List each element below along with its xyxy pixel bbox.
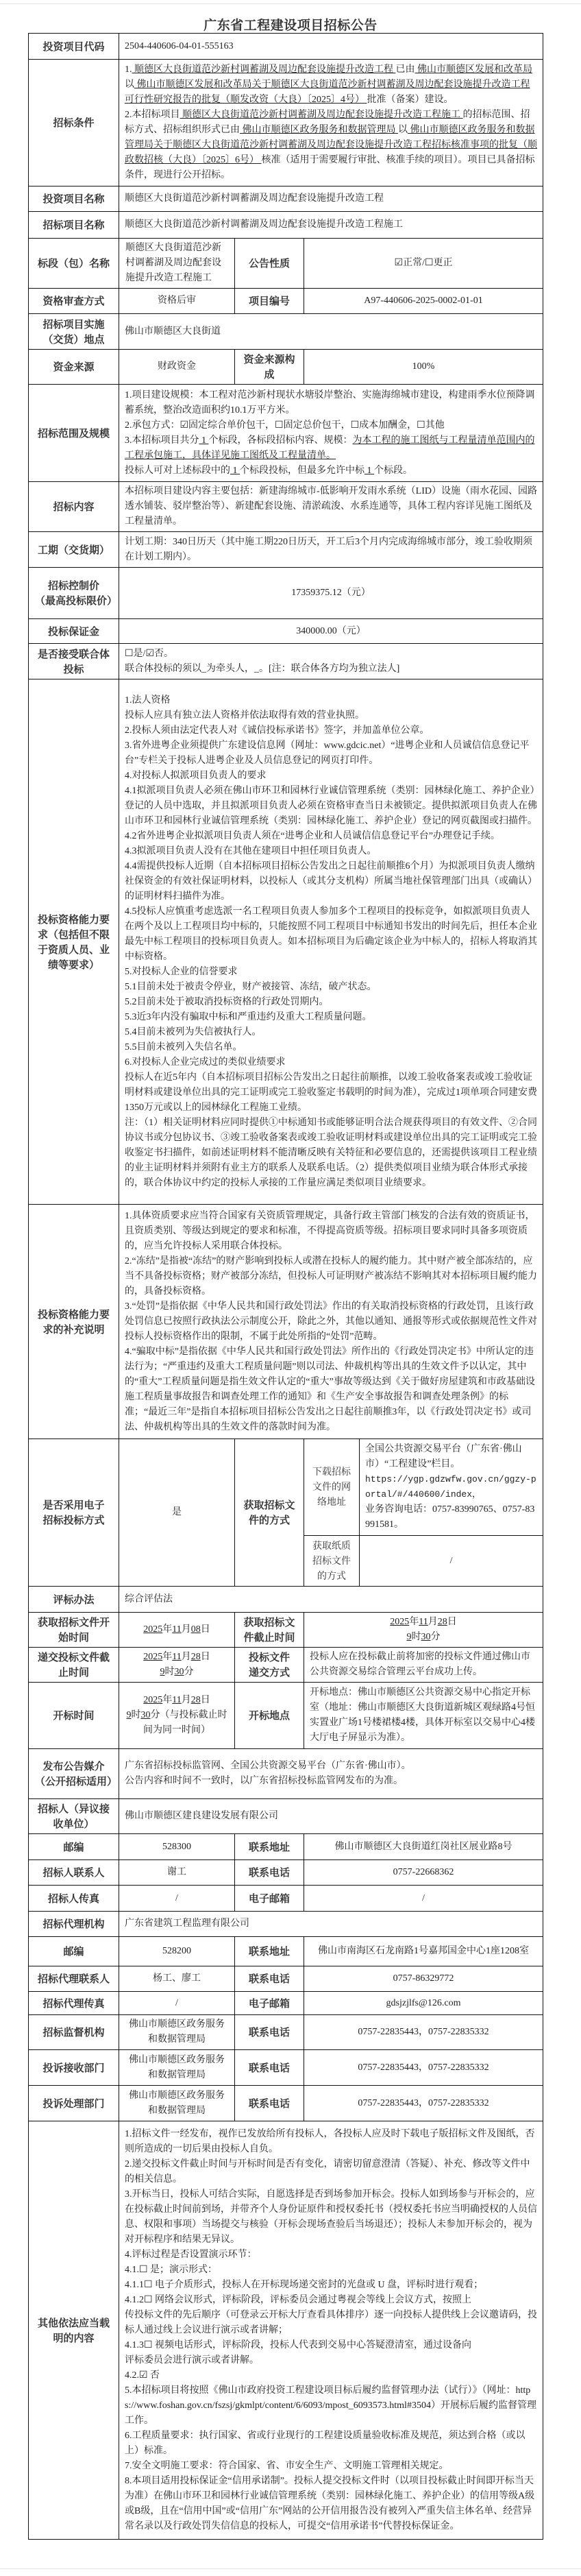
value-agency-postcode: 528200 [119, 1937, 235, 1966]
label-line: （公开招标适用） [35, 1774, 112, 1789]
minute: 30 [175, 1667, 184, 1677]
label-investment-code: 投资项目代码 [29, 34, 119, 60]
value-tenderer-address: 佛山市顺德区大良街道红岗社区展业路8号 [304, 1834, 543, 1860]
day: 08 [191, 1624, 201, 1635]
value-qualification: 1.法人资格 投标人应具有独立法人资格并依法取得有效的营业执照。 2.投标人须由… [119, 679, 543, 1205]
value-project-name: 顺德区大良街道范沙新村调蓄湖及周边配套设施提升改造工程施工 [119, 212, 543, 239]
row-bid-conditions: 招标条件 1. 顺德区大良街道范沙新村调蓄湖及周边配套设施提升改造工程 已由 佛… [29, 60, 543, 186]
year: 2025 [143, 1695, 162, 1705]
date-line: 2025年11月28日 [125, 1693, 229, 1708]
value-control-price: 17359375.12（元） [119, 568, 543, 619]
value-tenderer-phone: 0757-22668362 [304, 1860, 543, 1886]
label-qualification: 投标资格能力要求（包括但不限于资质人员、业绩等要求） [29, 679, 119, 1205]
scope-line-2: 2.承包方式：☑固定综合单价包干，☐固定总价包干，☐成本加酬金，☐其他 [125, 418, 537, 433]
qualification-item: 5.2目前未处于被取消投标资格的行政处罚期内。 [125, 995, 537, 1010]
unit: 年 [162, 1624, 172, 1635]
label-line: （最高投标限价） [35, 593, 112, 608]
value-complaint-handle-phone: 0757-22835443，0757-22835332 [304, 2086, 543, 2121]
text: 3.本招标项目共分 [125, 435, 199, 446]
text: 以 [125, 80, 134, 90]
other-item: 4.2.☑ 否 [125, 2368, 537, 2383]
supplement-item: 2.“冻结”是指被“冻结”的财产影响到投标人或潜在投标人的履约能力。其中财产被全… [125, 1254, 537, 1299]
label-submit-deadline: 递交投标文件截止时间 [29, 1648, 119, 1683]
value-opening-place: 开标地点：佛山市顺德区公共资源交易中心指定开标室（地址：佛山市顺德区大良街道新城… [304, 1683, 543, 1749]
row-opening: 开标时间 2025年11月28日 9时30分（与投标截止时间为同一时间） 开标地… [29, 1683, 543, 1749]
year: 2025 [390, 1617, 409, 1627]
media-note: 公告内容和时间不一致时，以广东省招标投标监管网发布的为准。 [125, 1774, 537, 1789]
row-tenderer: 招标人（异议接收单位） 佛山市顺德区建良建设发展有限公司 [29, 1799, 543, 1834]
label-line: 投标文件 [241, 1650, 297, 1665]
bid-segment-count: 1 [230, 466, 240, 476]
month: 11 [172, 1695, 181, 1705]
label-investment-name: 投资项目名称 [29, 186, 119, 212]
value-doc-start: 2025年11月08日 [119, 1613, 235, 1648]
label-complaint-handle: 投诉处理部门 [29, 2086, 119, 2121]
row-investment-name: 投资项目名称 顺德区大良街道范沙新村调蓄湖及周边配套设施提升改造工程 [29, 186, 543, 212]
unit: 分 [184, 1667, 194, 1677]
label-other: 其他依法应当载明的内容 [29, 2121, 119, 2540]
text: 已由 [396, 64, 415, 75]
other-item: 4.1.☐ 是；演示形式： [125, 2263, 537, 2278]
value-download-address: 全国公共资源交易平台（广东省·佛山市）“工程建设”栏目。 https://ygp… [360, 1439, 543, 1536]
label-line: 招标控制价 [35, 578, 112, 593]
qualification-item: 4.2省外进粤企业拟派项目负责人须在“进粤企业和人员诚信信息登记平台”办理登记手… [125, 829, 537, 844]
row-agency-fax: 招标代理传真 / 电子邮箱 gdsjzjlfs@126.com [29, 1992, 543, 2015]
unit: 月 [428, 1617, 438, 1627]
qualification-item: 5.3近3年内没有骗取中标和严重违约及重大工程质量问题。 [125, 1010, 537, 1025]
other-item: 评标委员会进行演示或者讲解。 [125, 2353, 537, 2368]
value-consortium: ☐是/☑否。 联合体投标的须以_为牵头人，_。[注：联合体各方均为独立法人] [119, 644, 543, 679]
label-supervision: 招标监督机构 [29, 2015, 119, 2050]
qualification-item: 5.4目前未被列为失信被执行人。 [125, 1025, 537, 1040]
qualification-item: 4.1拟派项目负责人必须在佛山市环卫和园林行业诚信管理系统（类别：园林绿化施工、… [125, 784, 537, 829]
qualification-item: 4.对投标人拟派项目负责人的要求 [125, 769, 537, 784]
value-evaluation: 综合评估法 [119, 1587, 543, 1613]
tender-notice-table: 投资项目代码 2504-440606-04-01-555163 招标条件 1. … [28, 33, 543, 2540]
row-other: 其他依法应当载明的内容 1.招标文件一经发布，视作已发放给所有投标人，各投标人应… [29, 2121, 543, 2540]
label-electronic: 是否采用电子 招标投标方式 [29, 1439, 119, 1587]
time-line: 9时30分 [125, 1665, 229, 1680]
label-line: 发布公告媒介 [35, 1759, 112, 1774]
label-line: 递交方式 [241, 1665, 297, 1680]
qualification-item: 3.省外进粤企业须提供广东建设信息网（网址：www.gdcic.net）“进粤企… [125, 738, 537, 769]
other-item: 4.1.2☐ 网络会议形式，评标阶段，评标委员会通过粤视会等线上会议方式，按照上 [125, 2293, 537, 2308]
date-line: 2025年11月28日 [125, 1650, 229, 1665]
time-line: 9时30分（与投标截止时间为同一时间） [125, 1708, 229, 1738]
unit: 分 [151, 1710, 160, 1720]
label-project-name: 招标项目名称 [29, 212, 119, 239]
qualification-item: 投标人在近5年内（自本招标项目招标公告发出之日起往前顺推，以竣工验收备案表或竣工… [125, 1070, 537, 1116]
minute: 30 [141, 1710, 151, 1720]
text: 以 [398, 125, 408, 135]
value-supervision: 佛山市顺德区政务服务和数据管理局 [119, 2015, 235, 2050]
value-complaint-handle: 佛山市顺德区政务服务和数据管理局 [119, 2086, 235, 2121]
unit: 月 [182, 1652, 191, 1662]
value-other: 1.招标文件一经发布，视作已发放给所有投标人，各投标人应及时下载电子版招标文件及… [119, 2121, 543, 2540]
media-list: 广东省招标投标监管网、全国公共资源交易平台（广东省·佛山市）。 [125, 1759, 537, 1774]
consortium-choice: ☐是/☑否。 [125, 647, 537, 662]
row-control-price: 招标控制价 （最高投标限价） 17359375.12（元） [29, 568, 543, 619]
scope-line-4: 投标人可对上述标段中的 1 个标段投标，但最多允许中标 1 个标段。 [125, 464, 537, 479]
label-download-address: 下载招标文件的网络地址 [304, 1439, 360, 1536]
unit: 分 [431, 1632, 441, 1642]
value-scope: 1.项目建设规模：本工程对范沙新村现状水塘驳岸整治、实施海绵城市建设，构建雨季水… [119, 385, 543, 482]
row-tenderer-postcode: 邮编 528300 联系地址 佛山市顺德区大良街道红岗社区展业路8号 [29, 1834, 543, 1860]
value-complaint-receive: 佛山市顺德区政务服务和数据管理局 [119, 2050, 235, 2086]
month: 11 [172, 1624, 181, 1635]
download-url: https://ygp.gdzwfw.gov.cn/ggzy-portal/#/… [365, 1472, 537, 1502]
qualification-item: 注：（1）相关证明材料应同时提供①中标通知书或能够证明合法合规获得项目的有效文件… [125, 1116, 537, 1191]
bottom-divider [0, 2568, 581, 2569]
value-funding-composition: 100% [304, 350, 543, 385]
year: 2025 [143, 1652, 162, 1662]
download-platform: 全国公共资源交易平台（广东省·佛山市）“工程建设”栏目。 [365, 1442, 537, 1472]
value-complaint-receive-phone: 0757-22835443，0757-22835332 [304, 2050, 543, 2086]
qualification-item: 1.法人资格 [125, 693, 537, 708]
qualification-item: 4.3拟派项目负责人没有在其他在建项目中担任项目负责人。 [125, 844, 537, 859]
value-segment-name: 顺德区大良街道范沙新村调蓄湖及周边配套设施提升改造工程施工 [119, 239, 235, 289]
row-evaluation: 评标办法 综合评估法 [29, 1587, 543, 1613]
label-evaluation: 评标办法 [29, 1587, 119, 1613]
row-duration: 工期（交货期） 计划工期：340日历天（其中施工期220日历天，开工后3个月内完… [29, 532, 543, 568]
label-complaint-receive-phone: 联系电话 [235, 2050, 304, 2086]
scope-line-1: 1.项目建设规模：本工程对范沙新村现状水塘驳岸整治、实施海绵城市建设，构建雨季水… [125, 388, 537, 418]
supplement-item: 1.具体资质要求应当符合国家有关资质管理规定，具备行政主管部门核发的合法有效的资… [125, 1209, 537, 1254]
unit: 年 [162, 1695, 172, 1705]
unit: 月 [182, 1624, 191, 1635]
approval-authority: 佛山市顺德区发展和改革局 [415, 64, 533, 75]
label-project-number: 项目编号 [235, 289, 304, 314]
other-item: 4.1.1☐ 电子介质形式，投标人在开标现场递交密封的光盘或 U 盘，评标时进行… [125, 2278, 537, 2293]
label-duration: 工期（交货期） [29, 532, 119, 568]
row-bid-bond: 投标保证金 340000.00（元） [29, 619, 543, 644]
label-funding-source: 资金来源 [29, 350, 119, 385]
hour: 9 [160, 1667, 165, 1677]
value-qualification-review: 资格后审 [119, 289, 235, 314]
label-tenderer-postcode: 邮编 [29, 1834, 119, 1860]
row-project-name: 招标项目名称 顺德区大良街道范沙新村调蓄湖及周边配套设施提升改造工程施工 [29, 212, 543, 239]
qualification-item: 5.对投标人企业的信誉要求 [125, 965, 537, 980]
row-agency-postcode: 邮编 528200 联系地址 佛山市南海区石龙南路1号嘉邦国金中心1座1208室 [29, 1937, 543, 1966]
win-segment-count: 1 [364, 466, 374, 476]
other-item: 5.本招标项目将按照《佛山市政府投资工程建设项目标后履约监督管理办法（试行）》（… [125, 2383, 537, 2429]
row-consortium: 是否接受联合体投标 ☐是/☑否。 联合体投标的须以_为牵头人，_。[注：联合体各… [29, 644, 543, 679]
other-item: 2.递交投标文件截止时间与开标时间是否有变化，请密切留意澄清（答疑）、补充、修改… [125, 2157, 537, 2187]
value-agency-email: gdsjzjlfs@126.com [304, 1992, 543, 2015]
value-project-number: A97-440606-2025-0002-01-01 [304, 289, 543, 314]
row-agency: 招标代理机构 广东省建筑工程监理有限公司 [29, 1912, 543, 1937]
label-tenderer-email: 电子邮箱 [235, 1886, 304, 1912]
qualification-item: 4.4需提供投标人近期（自本招标项目招标公告发出之日起往前顺推6个月）为拟派项目… [125, 859, 537, 904]
row-investment-code: 投资项目代码 2504-440606-04-01-555163 [29, 34, 543, 60]
row-location: 招标项目实施（交货）地点 佛山市顺德区大良街道 [29, 314, 543, 350]
unit: 日 [447, 1617, 457, 1627]
label-complaint-receive: 投诉接收部门 [29, 2050, 119, 2086]
label-control-price: 招标控制价 （最高投标限价） [29, 568, 119, 619]
text: 个标段投标，但最多允许中标 [240, 466, 364, 476]
other-item: 1.招标文件一经发布，视作已发放给所有投标人，各投标人应及时下载电子版招标文件及… [125, 2127, 537, 2157]
other-item: 7.安全文明施工要求：符合国家、省、市安全生产、文明施工管理相关规定。 [125, 2459, 537, 2474]
other-item: 6.工程质量要求：执行国家、省或行业现行的工程建设质量验收标准及规范，须达到合格… [125, 2429, 537, 2459]
text: 批准（备案）建设。 [367, 95, 454, 105]
approval-document: 佛山市顺德区发展和改革局关于顺德区大良街道范沙新村调蓄湖及周边配套设施提升改造工… [125, 80, 530, 105]
row-complaint-handle: 投诉处理部门 佛山市顺德区政务服务和数据管理局 联系电话 0757-228354… [29, 2086, 543, 2121]
hour: 9 [407, 1632, 412, 1642]
value-tenderer: 佛山市顺德区建良建设发展有限公司 [119, 1799, 543, 1834]
value-bid-bond: 340000.00（元） [119, 619, 543, 644]
label-agency-postcode: 邮编 [29, 1937, 119, 1966]
download-phone: 业务咨询电话：0757-83990765、0757-83991581。 [365, 1502, 537, 1532]
value-funding-source: 财政资金 [119, 350, 235, 385]
label-supervision-phone: 联系电话 [235, 2015, 304, 2050]
top-divider [0, 3, 581, 4]
hour: 9 [127, 1710, 132, 1720]
unit: 时 [132, 1710, 141, 1720]
row-qualification: 投标资格能力要求（包括但不限于资质人员、业绩等要求） 1.法人资格 投标人应具有… [29, 679, 543, 1205]
label-complaint-handle-phone: 联系电话 [235, 2086, 304, 2121]
unit: 时 [412, 1632, 421, 1642]
page-title: 广东省工程建设项目招标公告 [0, 17, 581, 34]
value-tenderer-email: / [304, 1886, 543, 1912]
qualification-item: 5.5目前未被列入失信名单。 [125, 1040, 537, 1055]
label-content: 招标内容 [29, 482, 119, 532]
label-line: 招标投标方式 [35, 1513, 112, 1528]
label-location: 招标项目实施（交货）地点 [29, 314, 119, 350]
bid-conditions-para-1: 1. 顺德区大良街道范沙新村调蓄湖及周边配套设施提升改造工程 已由 佛山市顺德区… [125, 62, 537, 108]
label-qualification-review: 资格审查方式 [29, 289, 119, 314]
value-doc-end: 2025年11月28日 9时30分 [304, 1613, 543, 1648]
label-doc-method: 获取招标文件的方式 [235, 1439, 304, 1587]
verification-authority: 佛山市顺德区政务服务和数据管理局 [240, 125, 398, 135]
other-item: 4.评标过程是否设置演示环节： [125, 2248, 537, 2263]
label-tenderer-phone: 联系电话 [235, 1860, 304, 1886]
text: 个标段，各标段招标内容、规模： [209, 435, 353, 446]
month: 11 [172, 1652, 181, 1662]
qualification-item: 投标人应具有独立法人资格并依法取得有效的营业执照。 [125, 708, 537, 723]
value-tenderer-fax: / [119, 1886, 235, 1912]
value-supplement: 1.具体资质要求应当符合国家有关资质管理规定，具备行政主管部门核发的合法有效的资… [119, 1205, 543, 1439]
qualification-item: 6.对投标人企业完成过的类似业绩要求 [125, 1055, 537, 1070]
value-agency-contact: 杨工、廖工 [119, 1966, 235, 1992]
unit: 月 [182, 1695, 191, 1705]
value-agency: 广东省建筑工程监理有限公司 [119, 1912, 543, 1937]
row-complaint-receive: 投诉接收部门 佛山市顺德区政务服务和数据管理局 联系电话 0757-228354… [29, 2050, 543, 2086]
row-segment: 标段（包）名称 顺德区大良街道范沙新村调蓄湖及周边配套设施提升改造工程施工 公告… [29, 239, 543, 289]
day: 28 [438, 1617, 447, 1627]
date-line: 2025年11月28日 [310, 1615, 537, 1630]
value-media: 广东省招标投标监管网、全国公共资源交易平台（广东省·佛山市）。 公告内容和时间不… [119, 1749, 543, 1799]
label-bid-bond: 投标保证金 [29, 619, 119, 644]
row-electronic: 是否采用电子 招标投标方式 是 获取招标文件的方式 下载招标文件的网络地址 全国… [29, 1439, 543, 1536]
label-agency-contact: 招标代理联系人 [29, 1966, 119, 1992]
label-doc-start: 获取招标文件开始时间 [29, 1613, 119, 1648]
value-agency-address: 佛山市南海区石龙南路1号嘉邦国金中心1座1208室 [304, 1937, 543, 1966]
value-agency-phone: 0757-86329772 [304, 1966, 543, 1992]
label-paper-method: 获取纸质招标文件的方式 [304, 1536, 360, 1587]
other-item: 8.本项目适用投标保证金“信用承诺制”。投标人提交投标文件时（以项目投标截止时间… [125, 2474, 537, 2534]
value-supervision-phone: 0757-22835443，0757-22835332 [304, 2015, 543, 2050]
value-investment-name: 顺德区大良街道范沙新村调蓄湖及周边配套设施提升改造工程 [119, 186, 543, 212]
unit: 年 [162, 1652, 172, 1662]
label-segment-name: 标段（包）名称 [29, 239, 119, 289]
row-tenderer-fax: 招标人传真 / 电子邮箱 / [29, 1886, 543, 1912]
row-supervision: 招标监督机构 佛山市顺德区政务服务和数据管理局 联系电话 0757-228354… [29, 2015, 543, 2050]
row-scope: 招标范围及规模 1.项目建设规模：本工程对范沙新村现状水塘驳岸整治、实施海绵城市… [29, 385, 543, 482]
supplement-item: 4.“骗取中标”是指依据《中华人民共和国行政处罚法》所作出的《行政处罚决定书》中… [125, 1345, 537, 1435]
row-supplement: 投标资格能力要求的补充说明 1.具体资质要求应当符合国家有关资质管理规定，具备行… [29, 1205, 543, 1439]
value-content: 本招标项目建设内容主要包括：新建海绵城市-低影响开发雨水系统（LID）设施（雨水… [119, 482, 543, 532]
value-opening-time: 2025年11月28日 9时30分（与投标截止时间为同一时间） [119, 1683, 235, 1749]
label-tenderer-address: 联系地址 [235, 1834, 304, 1860]
label-scope: 招标范围及规模 [29, 385, 119, 482]
value-agency-fax: / [119, 1992, 235, 2015]
label-tenderer-contact: 招标人联系人 [29, 1860, 119, 1886]
bid-conditions-para-2: 2.本招标项目 顺德区大良街道范沙新村调蓄湖及周边配套设施提升改造工程施工 的招… [125, 108, 537, 183]
minute: 30 [421, 1632, 431, 1642]
qualification-item: 2.投标人须由法定代表人对《诚信投标承诺书》签字，并加盖单位公章。 [125, 723, 537, 738]
value-duration: 计划工期：340日历天（其中施工期220日历天，开工后3个月内完成海绵城市部分，… [119, 532, 543, 568]
label-tenderer: 招标人（异议接收单位） [29, 1799, 119, 1834]
time-line: 9时30分 [310, 1630, 537, 1645]
investment-project-name: 顺德区大良街道范沙新村调蓄湖及周边配套设施提升改造工程 [132, 64, 396, 75]
year: 2025 [143, 1624, 162, 1635]
label-agency: 招标代理机构 [29, 1912, 119, 1937]
row-doc-time: 获取招标文件开始时间 2025年11月08日 获取招标文件截止时间 2025年1… [29, 1613, 543, 1648]
consortium-note: 联合体投标的须以_为牵头人，_。[注：联合体各方均为独立法人] [125, 662, 537, 677]
value-electronic: 是 [119, 1439, 235, 1587]
value-submit-deadline: 2025年11月28日 9时30分 [119, 1648, 235, 1683]
supplement-item: 3.“处罚”是指依据《中华人民共和国行政处罚法》作出的有关取消投标资格的行政处罚… [125, 1299, 537, 1345]
value-submit-method: 投标人应在投标截止前将加密的投标文件通过佛山市公共资源交易综合管理云平台成功上传… [304, 1648, 543, 1683]
label-agency-phone: 联系电话 [235, 1966, 304, 1992]
label-agency-email: 电子邮箱 [235, 1992, 304, 2015]
label-agency-fax: 招标代理传真 [29, 1992, 119, 2015]
unit: 年 [409, 1617, 419, 1627]
label-funding-composition: 资金来源构成 [235, 350, 304, 385]
value-bid-conditions: 1. 顺德区大良街道范沙新村调蓄湖及周边配套设施提升改造工程 已由 佛山市顺德区… [119, 60, 543, 186]
segment-count: 1 [199, 435, 209, 446]
value-paper-method: / [360, 1536, 543, 1587]
qualification-item: 4.5投标人应慎重考虑选派一名工程项目负责人参加多个工程项目的投标竞争，如拟派项… [125, 904, 537, 965]
text: 2.本招标项目 [125, 110, 180, 120]
row-qualification-review: 资格审查方式 资格后审 项目编号 A97-440606-2025-0002-01… [29, 289, 543, 314]
row-funding: 资金来源 财政资金 资金来源构成 100% [29, 350, 543, 385]
label-submit-method: 投标文件 递交方式 [235, 1648, 304, 1683]
day: 28 [191, 1652, 201, 1662]
day: 28 [191, 1695, 201, 1705]
label-supplement: 投标资格能力要求的补充说明 [29, 1205, 119, 1439]
month: 11 [419, 1617, 428, 1627]
row-tenderer-contact: 招标人联系人 谢工 联系电话 0757-22668362 [29, 1860, 543, 1886]
text: 投标人可对上述标段中的 [125, 466, 230, 476]
label-opening-time: 开标时间 [29, 1683, 119, 1749]
other-item: 3.开标当日，投标人可结合实际，自愿选择是否到场参加开标会。投标人如到场参与开标… [125, 2187, 537, 2248]
label-notice-nature: 公告性质 [235, 239, 304, 289]
value-investment-code: 2504-440606-04-01-555163 [119, 34, 543, 60]
label-bid-conditions: 招标条件 [29, 60, 119, 186]
value-tenderer-postcode: 528300 [119, 1834, 235, 1860]
scope-line-3: 3.本招标项目共分 1 个标段，各标段招标内容、规模：为本工程的施工图纸与工程量… [125, 433, 537, 464]
qualification-item: 5.1目前未处于被责令停业，财产被接管、冻结，破产状态。 [125, 980, 537, 995]
row-submit: 递交投标文件截止时间 2025年11月28日 9时30分 投标文件 递交方式 投… [29, 1648, 543, 1683]
label-consortium: 是否接受联合体投标 [29, 644, 119, 679]
value-tenderer-contact: 谢工 [119, 1860, 235, 1886]
notice-page: 广东省工程建设项目招标公告 投资项目代码 2504-440606-04-01-5… [0, 0, 581, 2576]
label-agency-address: 联系地址 [235, 1937, 304, 1966]
unit: 时 [165, 1667, 175, 1677]
value-notice-nature: ☑正常/☐更正 [304, 239, 543, 289]
other-item: 传投标文件的先后顺序（可登录云开标大厅查看具体排序）逐一向投标人提供线上会议邀请… [125, 2308, 537, 2338]
unit: 日 [201, 1624, 210, 1635]
tender-project-name: 顺德区大良街道范沙新村调蓄湖及周边配套设施提升改造工程施工 [180, 110, 463, 120]
row-content: 招标内容 本招标项目建设内容主要包括：新建海绵城市-低影响开发雨水系统（LID）… [29, 482, 543, 532]
label-doc-end: 获取招标文件截止时间 [235, 1613, 304, 1648]
row-media: 发布公告媒介 （公开招标适用） 广东省招标投标监管网、全国公共资源交易平台（广东… [29, 1749, 543, 1799]
label-line: 是否采用电子 [35, 1497, 112, 1513]
label-opening-place: 开标地点 [235, 1683, 304, 1749]
unit: 日 [201, 1652, 210, 1662]
row-agency-contact: 招标代理联系人 杨工、廖工 联系电话 0757-86329772 [29, 1966, 543, 1992]
unit: 日 [201, 1695, 210, 1705]
text: 个标段。 [374, 466, 412, 476]
label-media: 发布公告媒介 （公开招标适用） [29, 1749, 119, 1799]
other-item: 4.1.3☐ 视频电话形式，评标阶段，投标人代表到交易中心答疑澄清室，通过设备向 [125, 2338, 537, 2353]
value-location: 佛山市顺德区大良街道 [119, 314, 543, 350]
text: 1. [125, 64, 132, 75]
label-tenderer-fax: 招标人传真 [29, 1886, 119, 1912]
